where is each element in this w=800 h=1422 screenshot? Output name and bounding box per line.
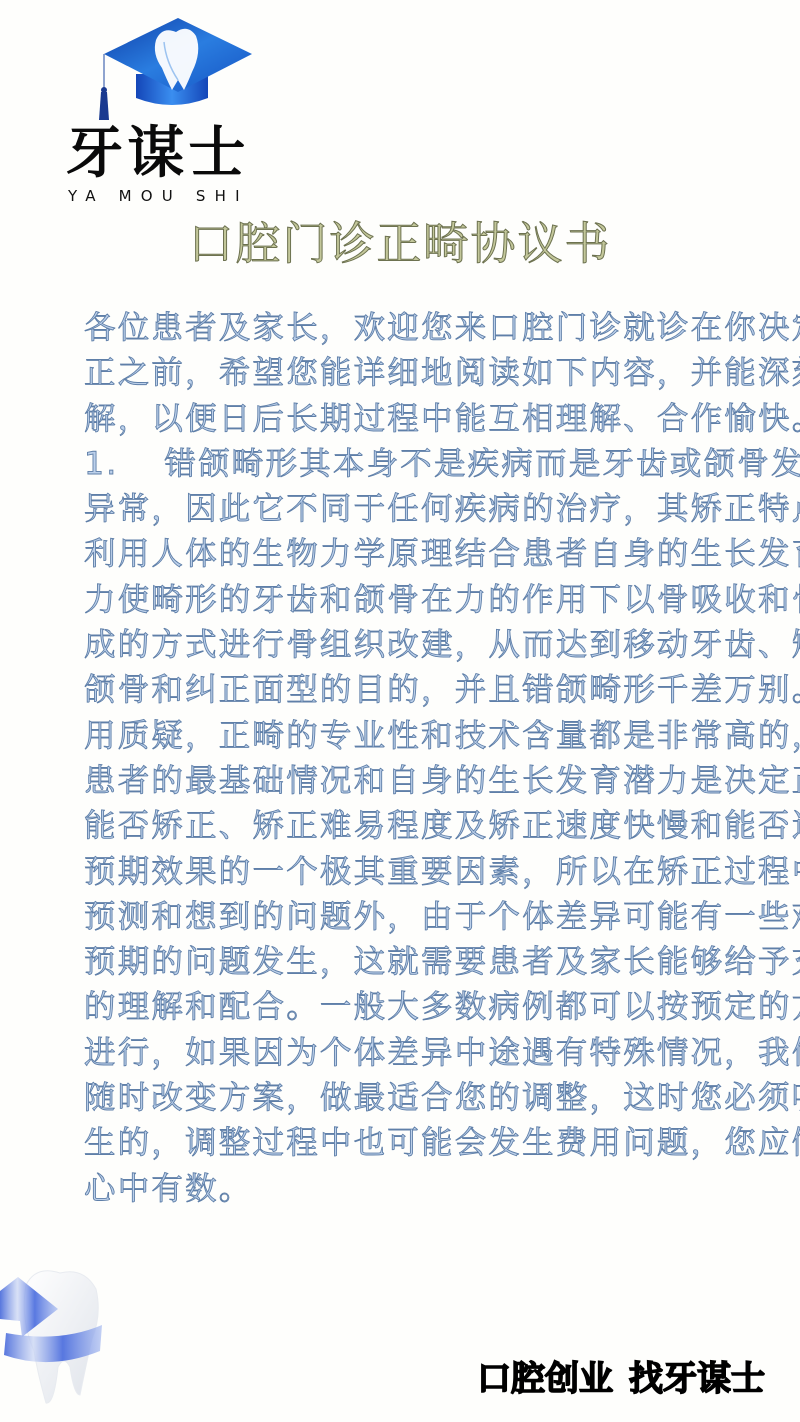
brand-name-cn: 牙谋士 xyxy=(66,124,250,184)
body-line: 力使畸形的牙齿和颌骨在力的作用下以骨吸收和骨形 xyxy=(84,578,744,623)
brand-name-en: YA MOU SHI xyxy=(68,188,249,204)
body-line: 随时改变方案，做最适合您的调整，这时您必须听医 xyxy=(84,1076,744,1121)
body-line: 进行，如果因为个体差异中途遇有特殊情况，我们会 xyxy=(84,1031,744,1076)
body-line: 成的方式进行骨组织改建，从而达到移动牙齿、矫正 xyxy=(84,623,744,668)
body-line: 心中有数。 xyxy=(84,1167,744,1212)
slogan-part-2: 找牙谋士 xyxy=(629,1359,765,1399)
footer-slogan: 口腔创业找牙谋士 xyxy=(477,1357,765,1401)
body-line: 生的，调整过程中也可能会发生费用问题，您应做到 xyxy=(84,1121,744,1166)
body-line: 各位患者及家长，欢迎您来口腔门诊就诊在你决定矫 xyxy=(84,306,744,351)
body-line: 异常，因此它不同于任何疾病的治疗，其矫正特点是 xyxy=(84,487,744,532)
body-line: 颌骨和纠正面型的目的，并且错颌畸形千差万别。勿 xyxy=(84,668,744,713)
body-line: 解，以便日后长期过程中能互相理解、合作愉快。 xyxy=(84,397,744,442)
tooth-with-arrow-icon xyxy=(0,1255,110,1405)
body-line: 预测和想到的问题外，由于个体差异可能有一些难以 xyxy=(84,895,744,940)
body-line: 预期的问题发生，这就需要患者及家长能够给予充分 xyxy=(84,940,744,985)
body-line: 用质疑，正畸的专业性和技术含量都是非常高的，其 xyxy=(84,714,744,759)
body-line: 能否矫正、矫正难易程度及矫正速度快慢和能否达到 xyxy=(84,804,744,849)
document-title: 口腔门诊正畸协议书 xyxy=(0,214,800,274)
body-line: 利用人体的生物力学原理结合患者自身的生长发育潜 xyxy=(84,532,744,577)
slogan-part-1: 口腔创业 xyxy=(477,1359,613,1399)
body-line: 的理解和配合。一般大多数病例都可以按预定的方案 xyxy=(84,985,744,1030)
body-line: 正之前，希望您能详细地阅读如下内容，并能深刻理 xyxy=(84,351,744,396)
body-line: 患者的最基础情况和自身的生长发育潜力是决定正畸 xyxy=(84,759,744,804)
graduation-cap-tooth-icon xyxy=(92,12,252,122)
body-line: 预期效果的一个极其重要因素，所以在矫正过程中除 xyxy=(84,850,744,895)
brand-logo: 牙谋士 YA MOU SHI xyxy=(62,12,272,202)
body-line: 1. 错颌畸形其本身不是疾病而是牙齿或颌骨发育的 xyxy=(84,442,744,487)
document-body: 各位患者及家长，欢迎您来口腔门诊就诊在你决定矫 正之前，希望您能详细地阅读如下内… xyxy=(84,306,744,1212)
